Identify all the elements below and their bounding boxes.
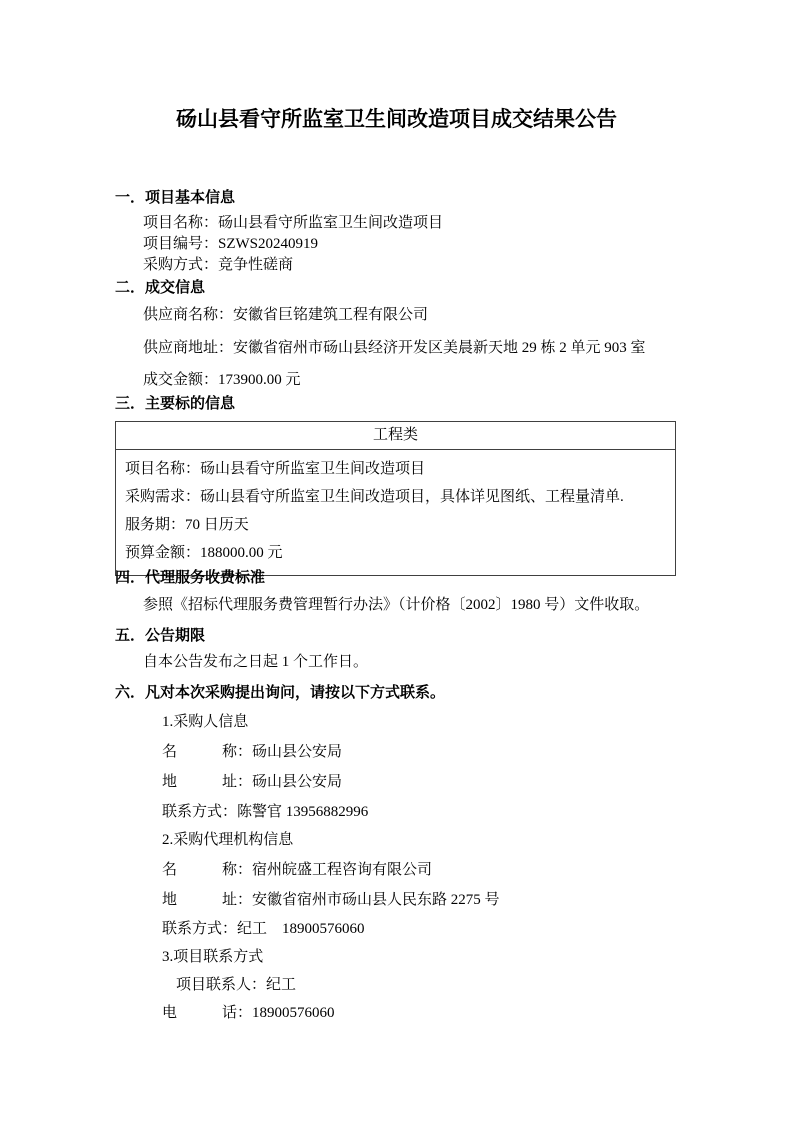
agency-fee-line: 参照《招标代理服务费管理暂行办法》（计价格〔2002〕1980 号）文件收取。 — [143, 596, 649, 615]
section-5-heading: 五．公告期限 — [115, 627, 205, 646]
announcement-period-line: 自本公告发布之日起 1 个工作日。 — [143, 653, 368, 672]
section-3-heading: 三．主要标的信息 — [115, 395, 235, 414]
supplier-name-line: 供应商名称：安徽省巨铭建筑工程有限公司 — [143, 306, 428, 325]
table-body-cell: 项目名称：砀山县看守所监室卫生间改造项目 采购需求：砀山县看守所监室卫生间改造项… — [116, 450, 675, 575]
deal-amount-line: 成交金额：173900.00 元 — [143, 371, 301, 390]
table-header-cell: 工程类 — [116, 422, 675, 450]
project-contact-phone-line: 电 话：18900576060 — [162, 1004, 335, 1023]
section-1-heading: 一．项目基本信息 — [115, 189, 235, 208]
agency-name-line: 名 称：宿州皖盛工程咨询有限公司 — [162, 861, 432, 880]
purchaser-address-line: 地 址：砀山县公安局 — [162, 773, 342, 792]
purchaser-name-line: 名 称：砀山县公安局 — [162, 743, 342, 762]
section-6-heading: 六．凡对本次采购提出询问，请按以下方式联系。 — [115, 684, 445, 703]
agency-info-label: 2.采购代理机构信息 — [162, 831, 293, 850]
procurement-method-line: 采购方式：竞争性磋商 — [143, 256, 293, 275]
table-row-project-name: 项目名称：砀山县看守所监室卫生间改造项目 — [125, 455, 666, 483]
project-name-line: 项目名称：砀山县看守所监室卫生间改造项目 — [143, 214, 443, 233]
subject-info-table: 工程类 项目名称：砀山县看守所监室卫生间改造项目 采购需求：砀山县看守所监室卫生… — [115, 421, 676, 576]
table-row-service-period: 服务期：70 日历天 — [125, 511, 666, 539]
table-row-procurement-demand: 采购需求：砀山县看守所监室卫生间改造项目，具体详见图纸、工程量清单. — [125, 483, 666, 511]
table-row-budget-amount: 预算金额：188000.00 元 — [125, 539, 666, 567]
supplier-address-line: 供应商地址：安徽省宿州市砀山县经济开发区美晨新天地 29 栋 2 单元 903 … — [143, 339, 646, 358]
purchaser-contact-line: 联系方式：陈警官 13956882996 — [162, 803, 368, 822]
project-contact-person-line: 项目联系人：纪工 — [176, 976, 296, 995]
document-title: 砀山县看守所监室卫生间改造项目成交结果公告 — [0, 103, 793, 135]
project-number-line: 项目编号：SZWS20240919 — [143, 235, 318, 254]
section-2-heading: 二．成交信息 — [115, 279, 205, 298]
agency-contact-line: 联系方式：纪工 18900576060 — [162, 920, 365, 939]
section-4-heading: 四．代理服务收费标准 — [115, 569, 265, 588]
purchaser-info-label: 1.采购人信息 — [162, 713, 248, 732]
document-page: 砀山县看守所监室卫生间改造项目成交结果公告 一．项目基本信息 项目名称：砀山县看… — [0, 0, 793, 1122]
project-contact-label: 3.项目联系方式 — [162, 948, 263, 967]
agency-address-line: 地 址：安徽省宿州市砀山县人民东路 2275 号 — [162, 891, 500, 910]
